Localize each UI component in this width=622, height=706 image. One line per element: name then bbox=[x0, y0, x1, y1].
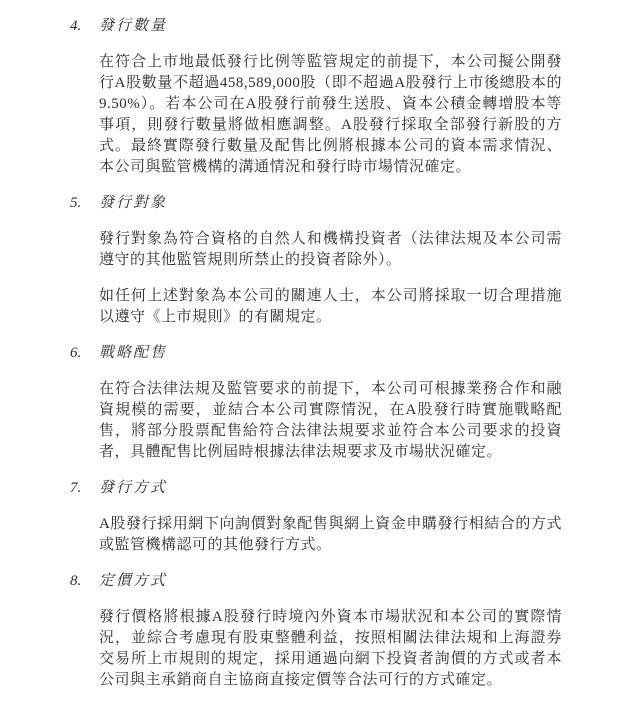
paragraph: 在符合法律法規及監管要求的前提下，本公司可根據業務合作和融資規模的需要，並結合本… bbox=[99, 379, 562, 463]
section-heading: 發行對象 bbox=[99, 193, 167, 214]
section-number: 6. bbox=[70, 343, 99, 364]
section-heading-row: 6. 戰略配售 bbox=[70, 343, 562, 364]
section-heading: 定價方式 bbox=[99, 571, 167, 592]
section-issue-quantity: 4. 發行數量 在符合上市地最低發行比例等監管規定的前提下，本公司擬公開發行A股… bbox=[70, 16, 562, 178]
section-heading-row: 5. 發行對象 bbox=[70, 193, 562, 214]
paragraph: A股發行採用網下向詢價對象配售與網上資金申購發行相結合的方式或監管機構認可的其他… bbox=[99, 514, 562, 556]
paragraph: 發行對象為符合資格的自然人和機構投資者（法律法規及本公司需遵守的其他監管規則所禁… bbox=[99, 229, 562, 271]
section-number: 4. bbox=[70, 16, 99, 37]
section-issue-targets: 5. 發行對象 發行對象為符合資格的自然人和機構投資者（法律法規及本公司需遵守的… bbox=[70, 193, 562, 328]
paragraph: 如任何上述對象為本公司的關連人士，本公司將採取一切合理措施以遵守《上市規則》的有… bbox=[99, 286, 562, 328]
section-issue-method: 7. 發行方式 A股發行採用網下向詢價對象配售與網上資金申購發行相結合的方式或監… bbox=[70, 478, 562, 556]
section-heading-row: 4. 發行數量 bbox=[70, 16, 562, 37]
section-heading-row: 8. 定價方式 bbox=[70, 571, 562, 592]
document-page: 4. 發行數量 在符合上市地最低發行比例等監管規定的前提下，本公司擬公開發行A股… bbox=[0, 0, 622, 706]
paragraph: 發行價格將根據A股發行時境內外資本市場狀況和本公司的實際情況，並綜合考慮現有股東… bbox=[99, 607, 562, 691]
section-strategic-placement: 6. 戰略配售 在符合法律法規及監管要求的前提下，本公司可根據業務合作和融資規模… bbox=[70, 343, 562, 463]
section-pricing-method: 8. 定價方式 發行價格將根據A股發行時境內外資本市場狀況和本公司的實際情況，並… bbox=[70, 571, 562, 691]
section-heading: 發行方式 bbox=[99, 478, 167, 499]
section-heading: 發行數量 bbox=[99, 16, 167, 37]
section-number: 5. bbox=[70, 193, 99, 214]
section-number: 7. bbox=[70, 478, 99, 499]
section-number: 8. bbox=[70, 571, 99, 592]
section-heading-row: 7. 發行方式 bbox=[70, 478, 562, 499]
paragraph: 在符合上市地最低發行比例等監管規定的前提下，本公司擬公開發行A股數量不超過458… bbox=[99, 52, 562, 178]
section-heading: 戰略配售 bbox=[99, 343, 167, 364]
